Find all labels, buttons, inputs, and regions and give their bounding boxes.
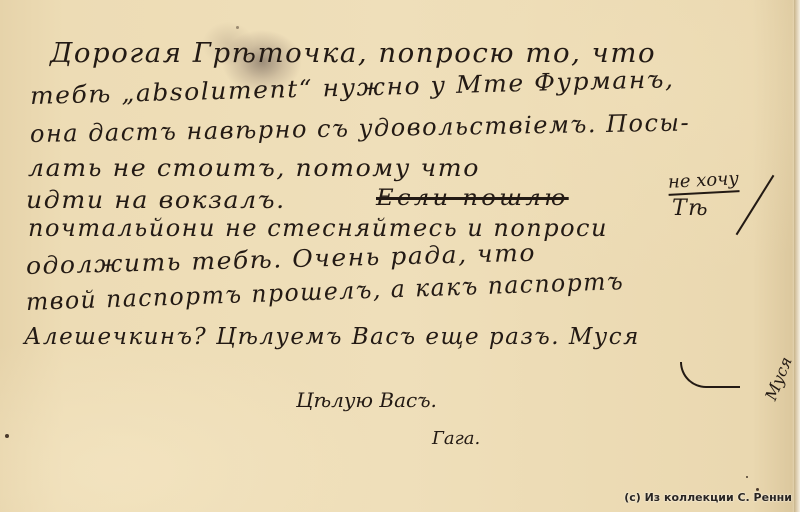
ink-speck — [746, 476, 748, 478]
copyright-watermark: (c) Из коллекции С. Ренни — [624, 491, 792, 504]
letter-line-1: Дорогая Грѣточка, попросю то, что — [50, 40, 656, 67]
letter-line-6: почтальйони не стесняйтесь и попроси — [28, 216, 608, 240]
signature: Гага. — [432, 428, 480, 449]
ink-speck — [236, 26, 239, 29]
paper-edge — [794, 0, 800, 512]
letter-line-9: Алешечкинъ? Цѣлуемъ Васъ еще разъ. Муся — [24, 326, 640, 349]
insertion-above: не хочу — [667, 168, 739, 196]
letter-line-5: идти на вокзалъ. — [26, 188, 286, 212]
struck-out-text: Если пошлю — [376, 188, 569, 210]
letter-line-4: лать не стоитъ, потому что — [28, 156, 480, 180]
insertion-below: Тѣ — [672, 198, 709, 220]
ink-speck — [5, 434, 9, 438]
closing-salutation: Цѣлую Васъ. — [296, 388, 437, 412]
